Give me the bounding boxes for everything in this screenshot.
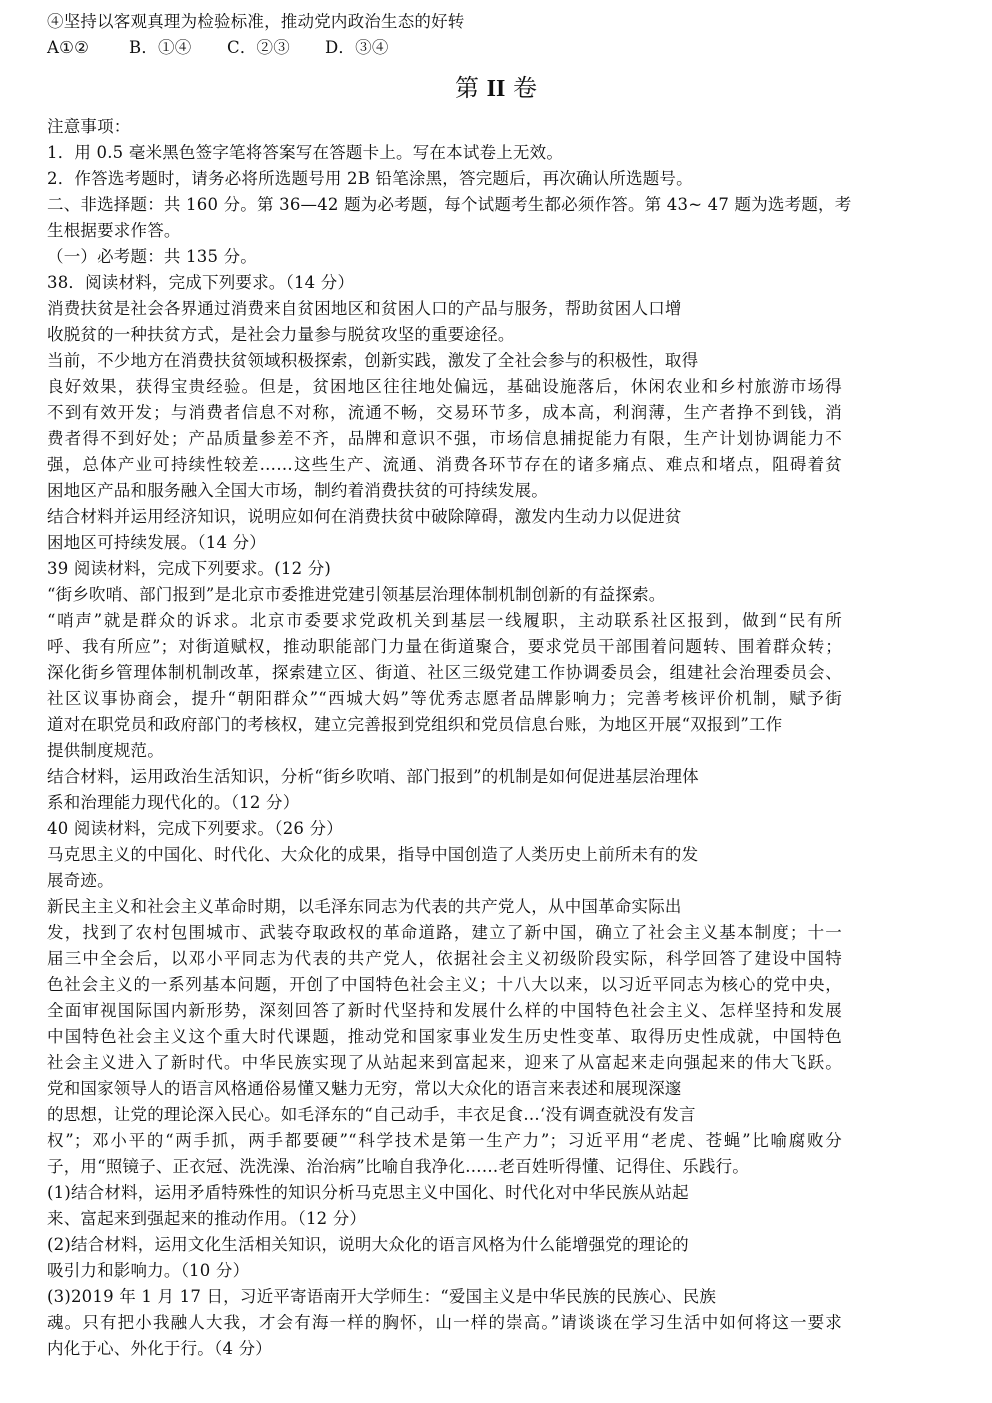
q38-line: 消费扶贫是社会各界通过消费来自贫困地区和贫困人口的产品与服务，帮助贫困人口增	[47, 298, 682, 320]
q39-line: “哨声”就是群众的诉求。北京市委要求党政机关到基层一线履职，主动联系社区报到，做…	[47, 610, 842, 632]
q40-subquestion-3: (3)2019 年 1 月 17 日，习近平寄语南开大学师生：“爱国主义是中华民…	[47, 1286, 716, 1308]
q40-line: 新民主主义和社会主义革命时期，以毛泽东同志为代表的共产党人，从中国革命实际出	[47, 896, 682, 918]
choice-b: B．①④	[129, 37, 227, 59]
q38-line: 收脱贫的一种扶贫方式，是社会力量参与脱贫攻坚的重要途径。	[47, 324, 515, 346]
q38-line: 困地区产品和服务融入全国大市场，制约着消费扶贫的可持续发展。	[47, 480, 548, 502]
q39-line: 提供制度规范。	[47, 740, 164, 762]
q40-line: 子，用“照镜子、正衣冠、洗洗澡、治治病”比喻自我净化……老百姓听得懂、记得住、乐…	[47, 1156, 749, 1178]
q38-prompt: 结合材料并运用经济知识，说明应如何在消费扶贫中破除障碍，激发内生动力以促进贫	[47, 506, 682, 528]
q40-line: 中国特色社会主义这个重大时代课题，推动党和国家事业发生历史性变革、取得历史性成就…	[47, 1026, 842, 1048]
q40-line: 马克思主义的中国化、时代化、大众化的成果，指导中国创造了人类历史上前所未有的发	[47, 844, 698, 866]
q40-subquestion-3: 魂。只有把小我融人大我，才会有海一样的胸怀，山一样的崇高。”请谈谈在学习生活中如…	[47, 1312, 842, 1334]
q40-line: 权”；邓小平的“两手抓，两手都要硬”“科学技术是第一生产力”；习近平用“老虎、苍…	[47, 1130, 842, 1152]
q40-subquestion-1: 来、富起来到强起来的推动作用。（12 分）	[47, 1208, 366, 1230]
q40-subquestion-1: (1)结合材料，运用矛盾特殊性的知识分析马克思主义中国化、时代化对中华民族从站起	[47, 1182, 689, 1204]
part2-instructions: 二、非选择题：共 160 分。第 36—42 题为必考题，每个试题考生都必须作答…	[47, 194, 842, 216]
q40-line: 的思想，让党的理论深入民心。如毛泽东的“自己动手，丰衣足食…‘没有调查就没有发言	[47, 1104, 696, 1126]
q38-prompt: 困地区可持续发展。（14 分）	[47, 532, 266, 554]
q39-line: “街乡吹哨、部门报到”是北京市委推进党建引领基层治理体制机制创新的有益探索。	[47, 584, 665, 606]
q38-line: 当前，不少地方在消费扶贫领域积极探索，创新实践，激发了全社会参与的积极性，取得	[47, 350, 698, 372]
q40-subquestion-2: 吸引力和影响力。（10 分）	[47, 1260, 249, 1282]
q40-subquestion-2: (2)结合材料，运用文化生活相关知识，说明大众化的语言风格为什么能增强党的理论的	[47, 1234, 689, 1256]
q39-line: 道对在职党员和政府部门的考核权，建立完善报到党组织和党员信息台账，为地区开展“双…	[47, 714, 782, 736]
choice-a: A①②	[47, 37, 129, 59]
q39-line: 社区议事协商会，提升“朝阳群众”“西城大妈”等优秀志愿者品牌影响力；完善考核评价…	[47, 688, 842, 710]
q38-header: 38．阅读材料，完成下列要求。（14 分）	[47, 272, 354, 294]
q39-line: 深化街乡管理体制机制改革，探索建立区、街道、社区三级党建工作协调委员会，组建社会…	[47, 662, 842, 684]
answer-choices: A①②B．①④C．②③D．③④	[47, 37, 389, 59]
q40-line: 党和国家领导人的语言风格通俗易懂又魅力无穷，常以大众化的语言来表述和展现深邃	[47, 1078, 682, 1100]
required-section-heading: （一）必考题：共 135 分。	[47, 246, 257, 268]
part2-instructions: 生根据要求作答。	[47, 220, 181, 242]
q40-line: 发，找到了农村包围城市、武装夺取政权的革命道路，建立了新中国，确立了社会主义基本…	[47, 922, 842, 944]
q40-line: 全面审视国际国内新形势，深刻回答了新时代坚持和发展什么样的中国特色社会主义、怎样…	[47, 1000, 842, 1022]
q38-line: 费者得不到好处；产品质量参差不齐，品牌和意识不强，市场信息捕捉能力有限，生产计划…	[47, 428, 842, 450]
notice-heading: 注意事项：	[47, 116, 131, 138]
q40-header: 40 阅读材料，完成下列要求。（26 分）	[47, 818, 343, 840]
q40-line: 社会主义进入了新时代。中华民族实现了从站起来到富起来，迎来了从富起来走向强起来的…	[47, 1052, 842, 1074]
q39-line: 呼、我有所应”；对街道赋权，推动职能部门力量在街道聚合，要求党员干部围着问题转、…	[47, 636, 842, 658]
q40-line: 色社会主义的一系列基本问题，开创了中国特色社会主义；十八大以来，以习近平同志为核…	[47, 974, 842, 996]
q38-line: 强，总体产业可持续性较差……这些生产、流通、消费各环节存在的诸多痛点、难点和堵点…	[47, 454, 842, 476]
q40-subquestion-3: 内化于心、外化于行。（4 分）	[47, 1338, 272, 1360]
choice-d: D．③④	[325, 37, 389, 59]
choice-c: C．②③	[227, 37, 325, 59]
q39-header: 39 阅读材料，完成下列要求。(12 分)	[47, 558, 331, 580]
q40-line: 届三中全会后，以邓小平同志为代表的共产党人，依据社会主义初级阶段实际，科学回答了…	[47, 948, 842, 970]
option-4-text: ④坚持以客观真理为检验标准，推动党内政治生态的好转	[47, 11, 465, 33]
q40-line: 展奇迹。	[47, 870, 114, 892]
notice-item: 1．用 0.5 毫米黑色签字笔将答案写在答题卡上。写在本试卷上无效。	[47, 142, 563, 164]
q38-line: 良好效果，获得宝贵经验。但是，贫困地区往往地处偏远，基础设施落后，休闲农业和乡村…	[47, 376, 842, 398]
exam-page: ④坚持以客观真理为检验标准，推动党内政治生态的好转 A①②B．①④C．②③D．③…	[0, 0, 992, 1403]
q39-prompt: 结合材料，运用政治生活知识，分析“街乡吹哨、部门报到”的机制是如何促进基层治理体	[47, 766, 699, 788]
q38-line: 不到有效开发；与消费者信息不对称，流通不畅，交易环节多，成本高，利润薄，生产者挣…	[47, 402, 842, 424]
section-title: 第 II 卷	[0, 72, 992, 105]
q39-prompt: 系和治理能力现代化的。（12 分）	[47, 792, 299, 814]
notice-item: 2．作答选考题时，请务必将所选题号用 2B 铅笔涂黑，答完题后，再次确认所选题号…	[47, 168, 693, 190]
